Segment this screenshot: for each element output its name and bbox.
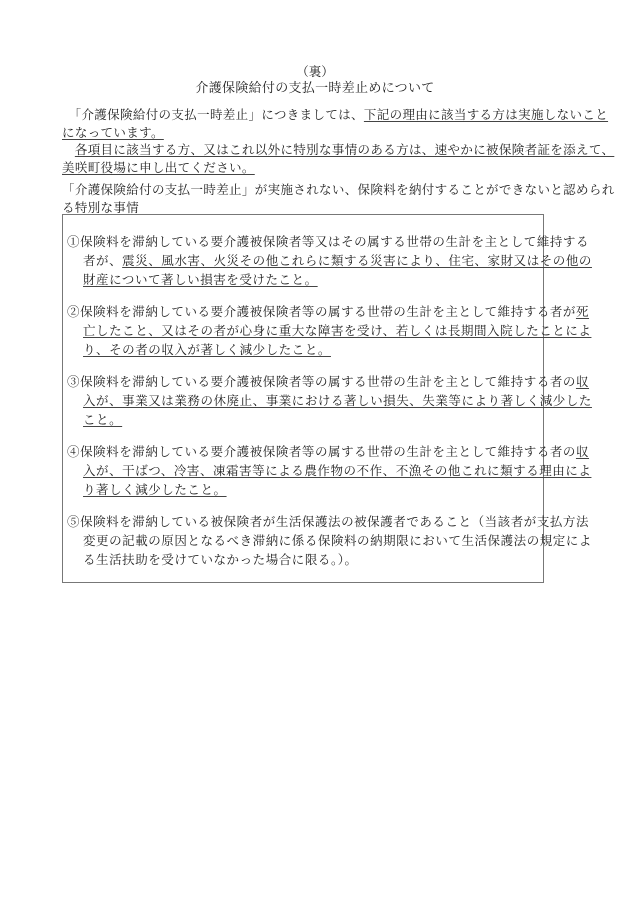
condition-item-3: ③保険料を滞納している要介護被保険者等の属する世帯の生計を主として維持する者の収… — [67, 372, 542, 429]
conditions-lead-line-1: 「介護保険給付の支払一時差止」が実施されない、保険料を納付することができないと認… — [62, 181, 572, 199]
intro-line-2: になっています。 — [62, 124, 572, 142]
underlined-text: 入が、事業又は業務の休廃止、事業における著しい損失、失業等により著しく減少した — [83, 393, 592, 408]
intro-indent — [62, 142, 75, 157]
document-page: （裏） 介護保険給付の支払一時差止めについて 「介護保険給付の支払一時差止」につ… — [0, 0, 630, 903]
underlined-text: 財産について著しい損害を受けたこと。 — [83, 272, 318, 287]
item-number: ① — [67, 234, 80, 249]
underlined-text: り、その者の収入が著しく減少したこと。 — [83, 342, 331, 357]
conditions-lead: 「介護保険給付の支払一時差止」が実施されない、保険料を納付することができないと認… — [62, 181, 572, 216]
underlined-text: 死 — [576, 304, 589, 319]
intro-line-3: 各項目に該当する方、又はこれ以外に特別な事情のある方は、速やかに被保険者証を添え… — [62, 141, 572, 159]
page-title: 介護保険給付の支払一時差止めについて — [0, 80, 630, 98]
intro-underlined-text: 美咲町役場に申し出てください。 — [62, 160, 255, 175]
underlined-text: こと。 — [83, 412, 122, 427]
underlined-text: 入が、干ばつ、冷害、凍霜害等による農作物の不作、不漁その他これに類する理由によ — [83, 463, 591, 478]
item-number: ② — [67, 304, 80, 319]
intro-underlined-text: 各項目に該当する方、又はこれ以外に特別な事情のある方は、速やかに被保険者証を添え… — [75, 142, 614, 157]
underlined-text: 亡したこと、又はその者が心身に重大な障害を受け、若しくは長期間入院したことによ — [83, 323, 591, 338]
underlined-text: 収 — [576, 444, 589, 459]
item-number: ⑤ — [67, 514, 80, 529]
intro-text: 「介護保険給付の支払一時差止」につきましては、 — [62, 107, 364, 122]
intro-underlined-text: 下記の理由に該当する方は実施しないこと — [364, 107, 608, 122]
reverse-side-mark: （裏） — [0, 64, 630, 80]
conditions-box: ①保険料を滞納している要介護被保険者等又はその属する世帯の生計を主として維持する… — [62, 214, 544, 583]
intro-line-4: 美咲町役場に申し出てください。 — [62, 159, 572, 177]
condition-item-1: ①保険料を滞納している要介護被保険者等又はその属する世帯の生計を主として維持する… — [67, 232, 542, 289]
item-number: ③ — [67, 374, 80, 389]
intro-line-1: 「介護保険給付の支払一時差止」につきましては、下記の理由に該当する方は実施しない… — [62, 106, 572, 124]
condition-item-5: ⑤保険料を滞納している被保険者が生活保護法の被保護者であること（当該者が支払方法… — [67, 512, 542, 569]
intro-underlined-text: になっています。 — [62, 125, 164, 140]
underlined-text: 収 — [576, 374, 589, 389]
intro-paragraphs: 「介護保険給付の支払一時差止」につきましては、下記の理由に該当する方は実施しない… — [62, 106, 572, 176]
item-number: ④ — [67, 444, 80, 459]
condition-item-4: ④保険料を滞納している要介護被保険者等の属する世帯の生計を主として維持する者の収… — [67, 442, 542, 499]
underlined-text: り著しく減少したこと。 — [83, 482, 227, 497]
condition-item-2: ②保険料を滞納している要介護被保険者等の属する世帯の生計を主として維持する者が死… — [67, 302, 542, 359]
underlined-text: 震災、風水害、火災その他これらに類する災害により、住宅、家財又はその他の — [122, 253, 592, 268]
